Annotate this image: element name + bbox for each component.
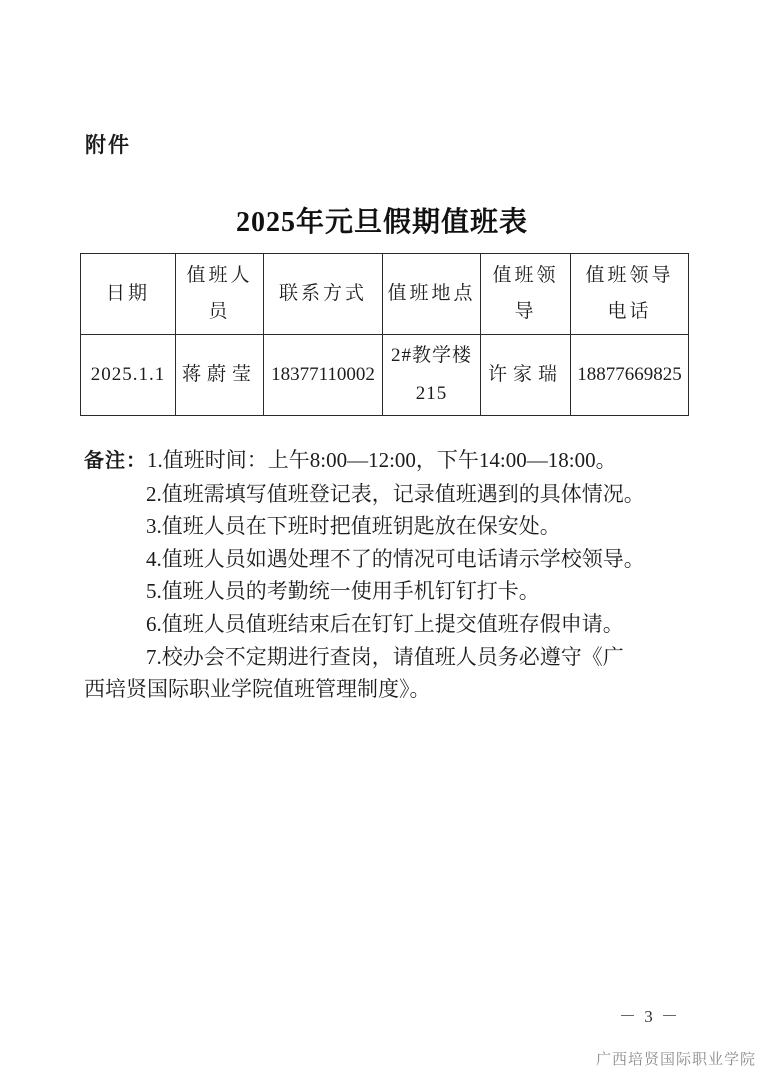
note-item-4: 4.值班人员如遇处理不了的情况可电话请示学校领导。 [84, 543, 690, 576]
cell-date: 2025.1.1 [81, 335, 176, 416]
cell-contact: 18377110002 [264, 335, 383, 416]
page-number: － 3 － [0, 1002, 680, 1027]
header-leader-phone: 值班领导 电话 [571, 254, 689, 335]
note-item-2: 2.值班需填写值班登记表，记录值班遇到的具体情况。 [84, 478, 690, 511]
cell-leader-phone: 18877669825 [571, 335, 689, 416]
page-title: 2025年元旦假期值班表 [0, 200, 764, 240]
header-contact: 联系方式 [264, 254, 383, 335]
table-row: 2025.1.1 蒋蔚莹 18377110002 2#教学楼 215 许家瑞 1… [81, 335, 689, 416]
duty-roster-table: 日期 值班人员 联系方式 值班地点 值班领导 值班领导 电话 2025.1.1 … [80, 253, 689, 416]
cell-duty-leader: 许家瑞 [481, 335, 571, 416]
cell-location: 2#教学楼 215 [383, 335, 481, 416]
cell-duty-person: 蒋蔚莹 [176, 335, 264, 416]
table-header-row: 日期 值班人员 联系方式 值班地点 值班领导 值班领导 电话 [81, 254, 689, 335]
note-item-7: 7.校办会不定期进行查岗，请值班人员务必遵守《广西培贤国际职业学院值班管理制度》… [84, 641, 624, 706]
header-location: 值班地点 [383, 254, 481, 335]
footer-school-name: 广西培贤国际职业学院 [596, 1048, 756, 1069]
note-item-3: 3.值班人员在下班时把值班钥匙放在保安处。 [84, 510, 690, 543]
notes-section: 备注：1.值班时间：上午8:00—12:00，下午14:00—18:00。 2.… [84, 444, 690, 706]
header-duty-leader: 值班领导 [481, 254, 571, 335]
note-item-1-text: 1.值班时间：上午8:00—12:00，下午14:00—18:00。 [147, 448, 617, 472]
notes-label: 备注： [84, 450, 147, 472]
header-date: 日期 [81, 254, 176, 335]
note-item-5: 5.值班人员的考勤统一使用手机钉钉打卡。 [84, 575, 690, 608]
attachment-label: 附件 [85, 129, 131, 159]
note-item-6: 6.值班人员值班结束后在钉钉上提交值班存假申请。 [84, 608, 690, 641]
header-duty-person: 值班人员 [176, 254, 264, 335]
note-item-1: 备注：1.值班时间：上午8:00—12:00，下午14:00—18:00。 [84, 444, 690, 478]
